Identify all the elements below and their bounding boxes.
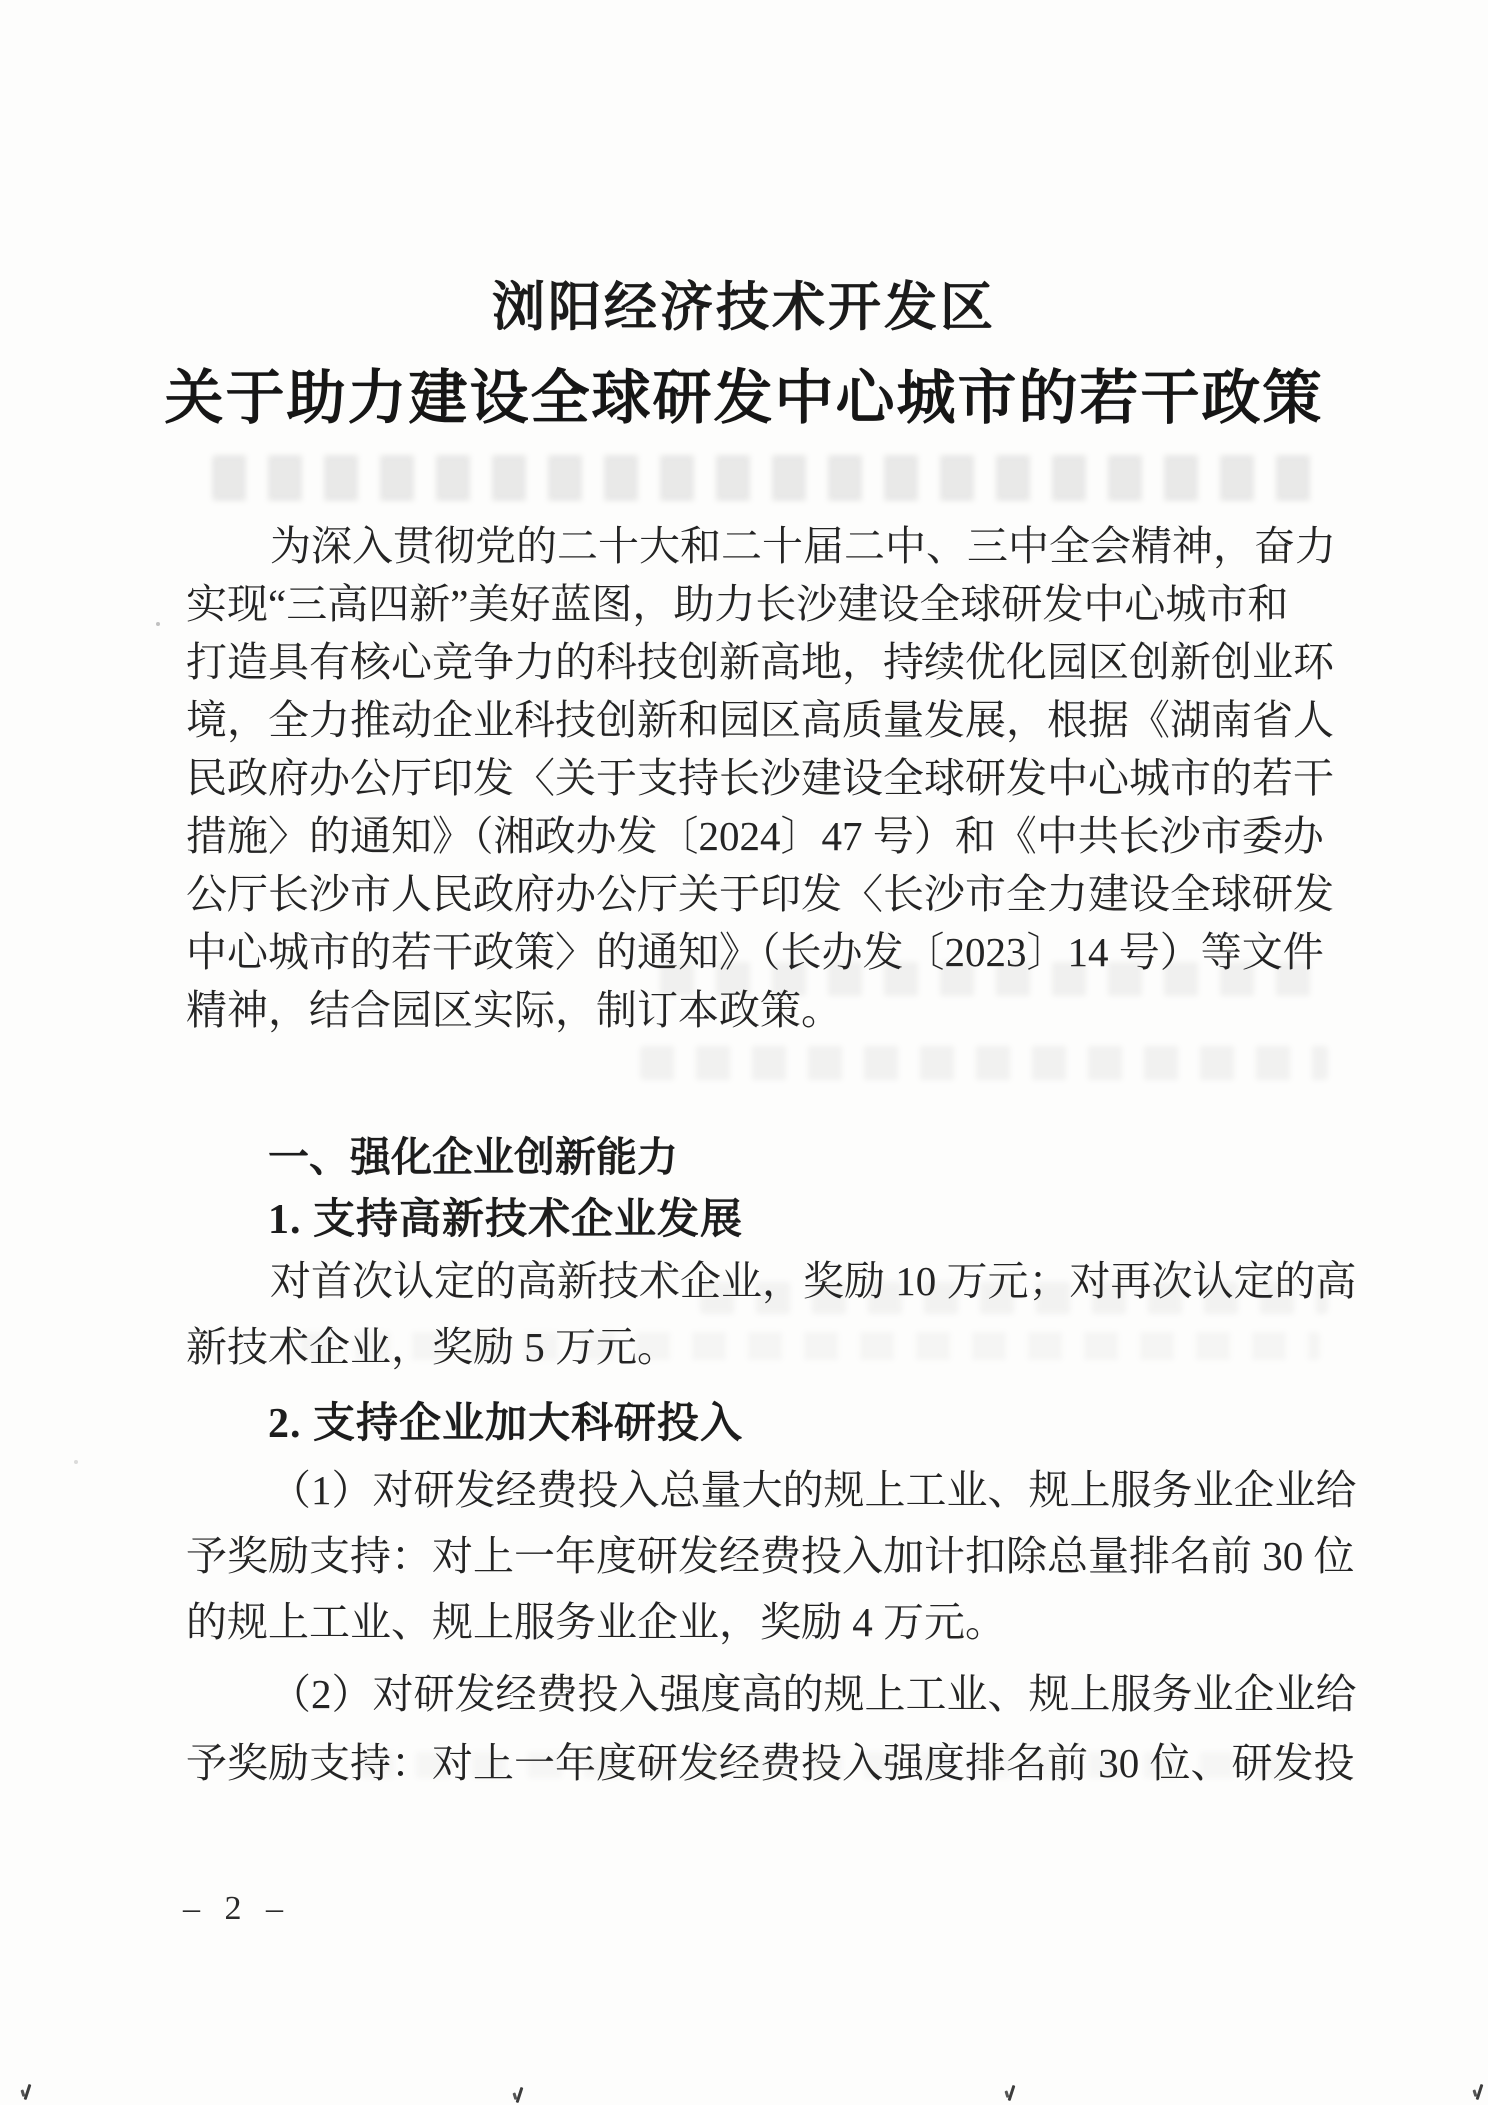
text-line: 精神，结合园区实际，制订本政策。: [186, 981, 1356, 1039]
scan-artifact-mark: [1476, 2084, 1484, 2100]
text-line: 公厅长沙市人民政府办公厅关于印发〈长沙市全力建设全球研发: [186, 865, 1356, 923]
title-line-1: 浏阳经济技术开发区: [0, 276, 1488, 340]
text-line: 实现“三高四新”美好蓝图，助力长沙建设全球研发中心城市和: [186, 575, 1356, 633]
text-line: 境，全力推动企业科技创新和园区高质量发展，根据《湖南省人: [186, 691, 1356, 749]
text-line: 民政府办公厅印发〈关于支持长沙建设全球研发中心城市的若干: [186, 749, 1356, 807]
text-line: 予奖励支持：对上一年度研发经费投入加计扣除总量排名前 30 位: [186, 1523, 1356, 1589]
text-line: （2）对研发经费投入强度高的规上工业、规上服务业企业给: [186, 1660, 1356, 1729]
scan-artifact-mark: [516, 2087, 524, 2103]
section-heading-1: 一、强化企业创新能力: [268, 1127, 678, 1187]
text-line: （1）对研发经费投入总量大的规上工业、规上服务业企业给: [186, 1457, 1356, 1523]
text-line: 打造具有核心竞争力的科技创新高地，持续优化园区创新创业环: [186, 633, 1356, 691]
item-heading-1: 1. 支持高新技术企业发展: [268, 1190, 743, 1250]
ghost-text-artifact: [212, 455, 1330, 501]
item-heading-2: 2. 支持企业加大科研投入: [268, 1394, 743, 1454]
document-title: 浏阳经济技术开发区 关于助力建设全球研发中心城市的若干政策: [0, 276, 1488, 434]
scan-artifact-mark: [24, 2084, 32, 2100]
item1-paragraph: 对首次认定的高新技术企业，奖励 10 万元；对再次认定的高 新技术企业，奖励 5…: [186, 1248, 1356, 1380]
text-line: 对首次认定的高新技术企业，奖励 10 万元；对再次认定的高: [186, 1248, 1356, 1314]
ghost-text-artifact: [640, 1046, 1328, 1080]
item2-paragraph-2: （2）对研发经费投入强度高的规上工业、规上服务业企业给 予奖励支持：对上一年度研…: [186, 1660, 1356, 1798]
title-line-2: 关于助力建设全球研发中心城市的若干政策: [0, 362, 1488, 434]
text-line: 的规上工业、规上服务业企业，奖励 4 万元。: [186, 1589, 1356, 1655]
scanned-document-page: 浏阳经济技术开发区 关于助力建设全球研发中心城市的若干政策 为深入贯彻党的二十大…: [0, 0, 1488, 2105]
scan-artifact-mark: [1008, 2085, 1016, 2101]
text-line: 为深入贯彻党的二十大和二十届二中、三中全会精神，奋力: [186, 517, 1356, 575]
page-number: – 2 –: [183, 1890, 291, 1928]
text-line: 措施〉的通知》（湘政办发〔2024〕47 号）和《中共长沙市委办: [186, 807, 1356, 865]
text-line: 中心城市的若干政策〉的通知》（长办发〔2023〕14 号）等文件: [186, 923, 1356, 981]
intro-paragraph: 为深入贯彻党的二十大和二十届二中、三中全会精神，奋力 实现“三高四新”美好蓝图，…: [186, 517, 1356, 1039]
scan-speck: [156, 622, 160, 626]
text-line: 予奖励支持：对上一年度研发经费投入强度排名前 30 位、研发投: [186, 1729, 1356, 1798]
item2-paragraph-1: （1）对研发经费投入总量大的规上工业、规上服务业企业给 予奖励支持：对上一年度研…: [186, 1457, 1356, 1655]
scan-speck: [74, 1460, 78, 1464]
text-line: 新技术企业，奖励 5 万元。: [186, 1314, 1356, 1380]
